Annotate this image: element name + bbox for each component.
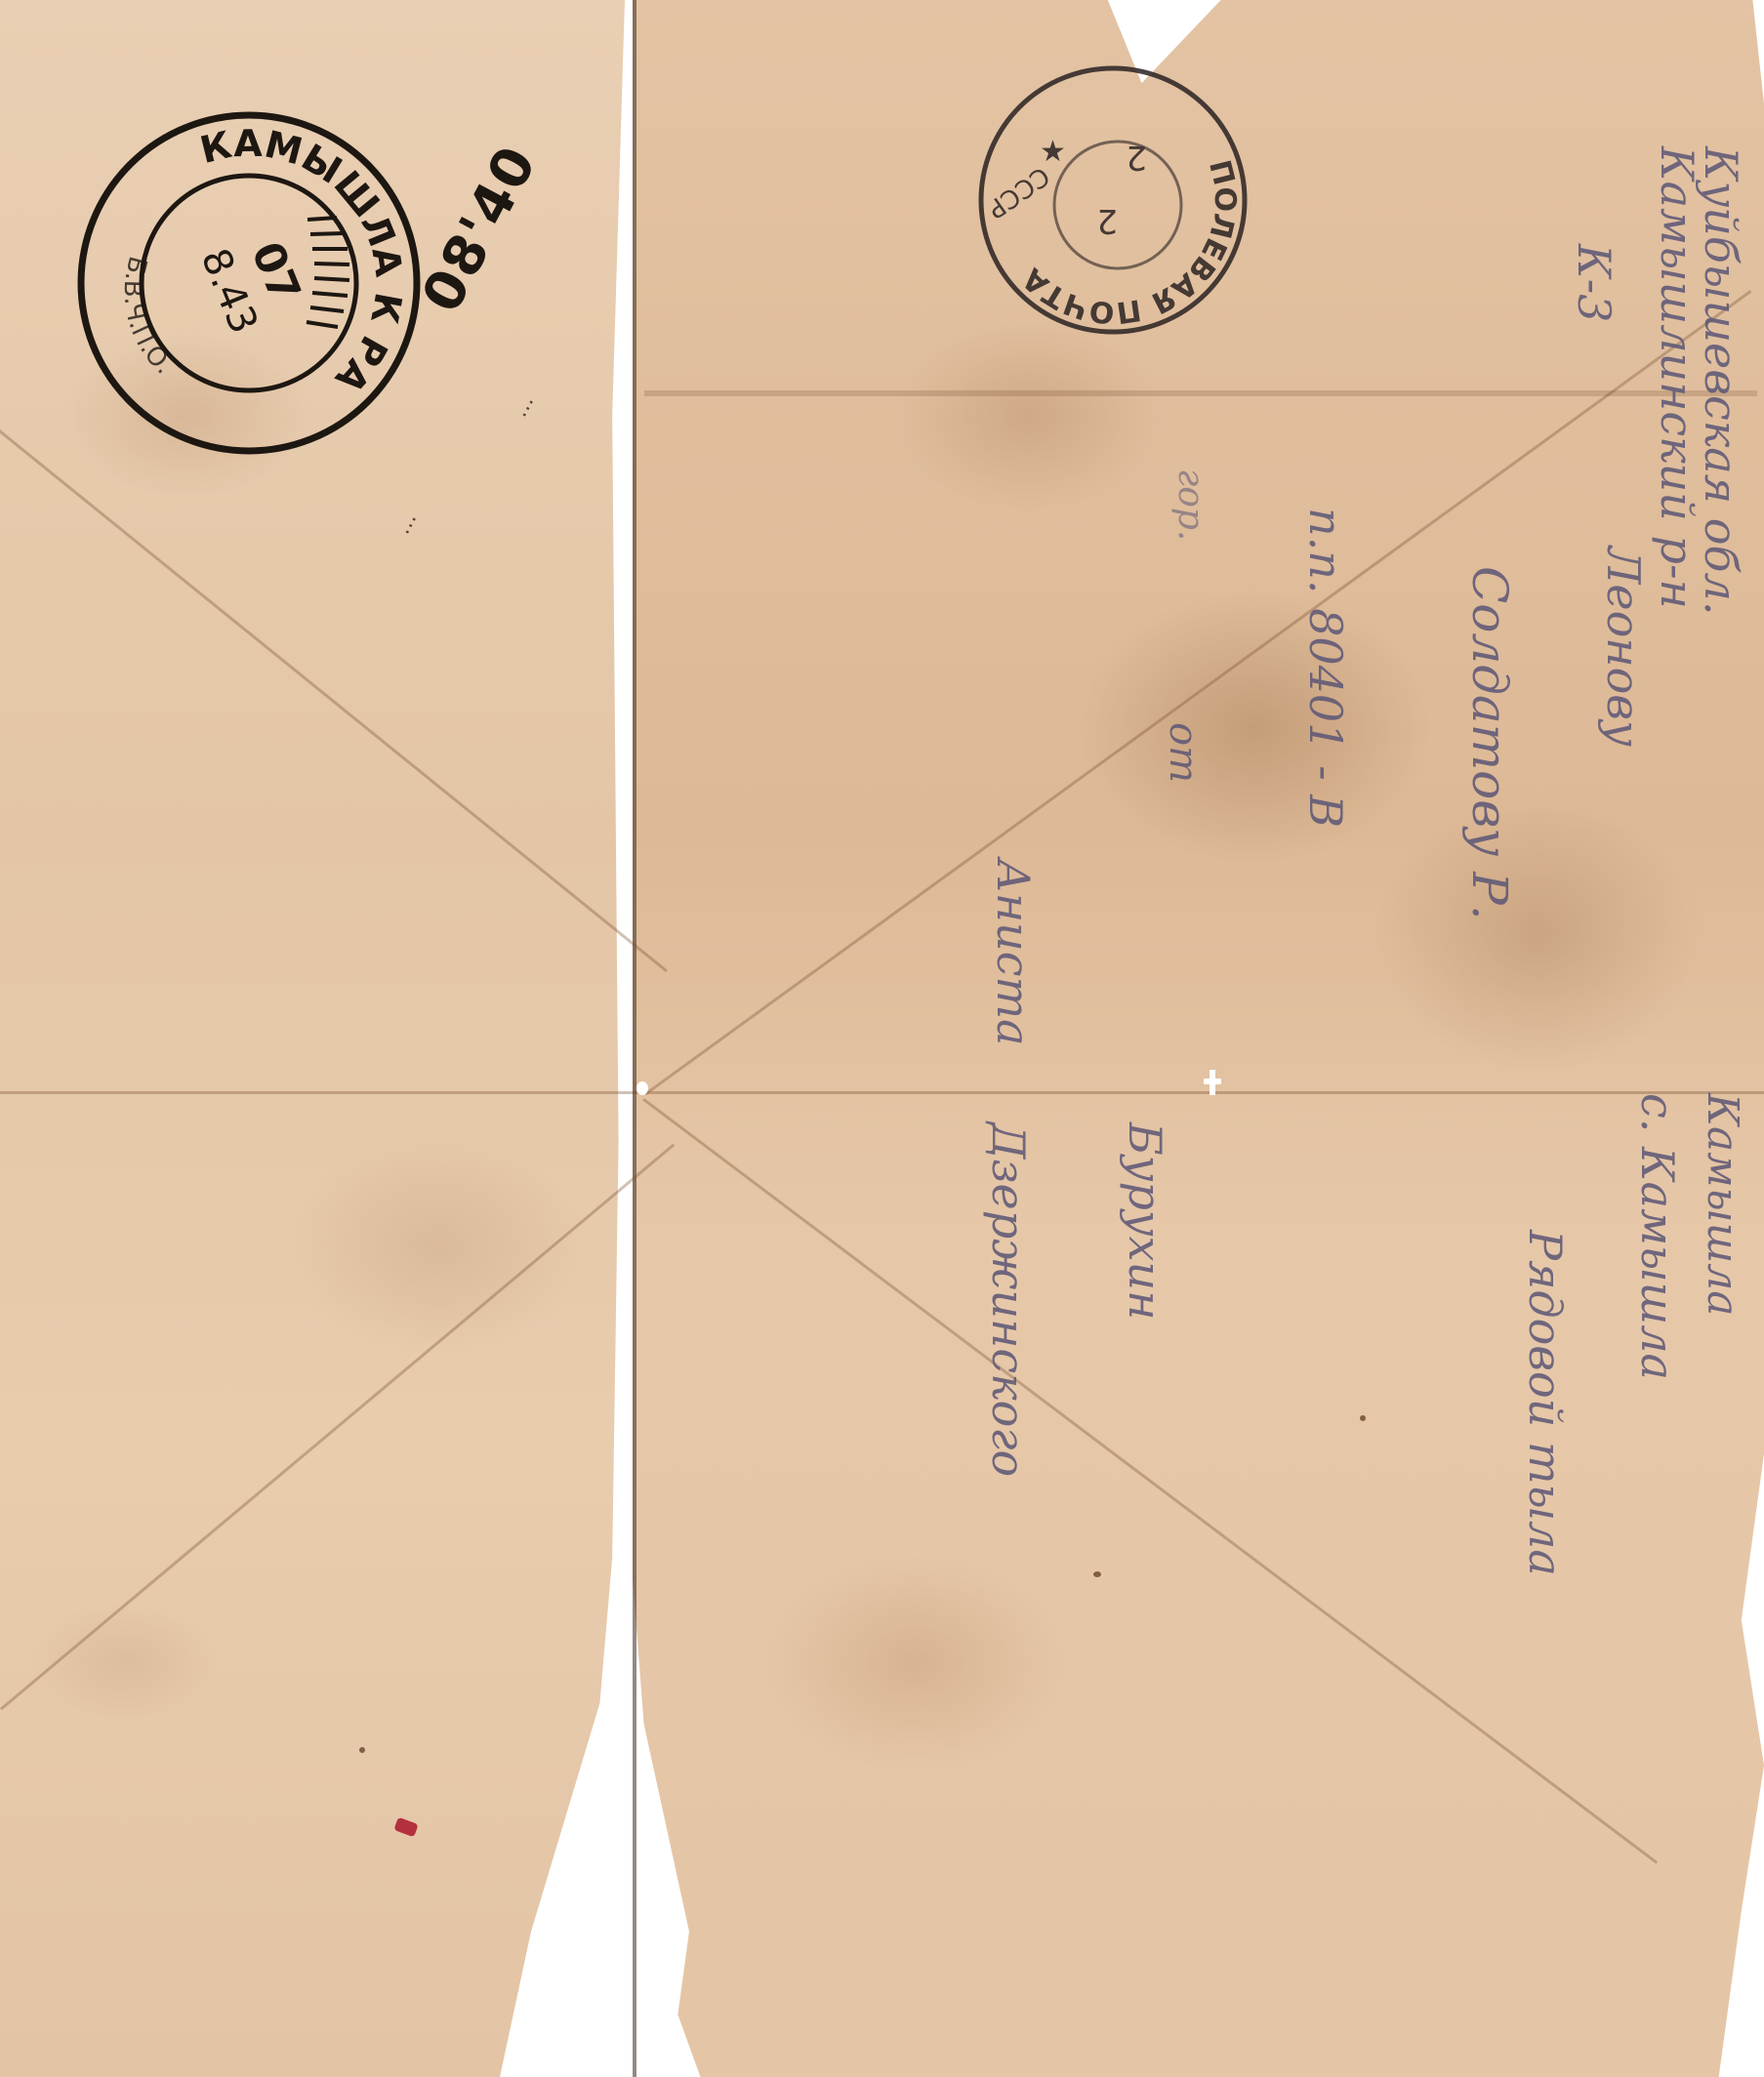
handwriting-line: гор.	[1170, 468, 1210, 541]
paper-hole	[636, 1081, 648, 1095]
ink-spot	[1093, 1571, 1101, 1577]
center-fold-line	[633, 0, 636, 2077]
handwriting-line: Бурухин	[1119, 1122, 1171, 1321]
ink-spot	[359, 1747, 365, 1753]
handwriting-line: с. Камышла	[1631, 1093, 1684, 1380]
handwriting-line: Рядовой тыла	[1519, 1230, 1572, 1576]
paper-hole	[1210, 1070, 1215, 1095]
svg-text:2: 2	[1096, 201, 1118, 240]
svg-text:СССР: СССР	[982, 160, 1055, 224]
svg-text:2: 2	[1126, 138, 1147, 177]
handwriting-line: Леонову	[1597, 547, 1650, 747]
handwriting-line: Дзержинского	[982, 1122, 1035, 1477]
field-post-postmark: ПОЛЕВАЯ ПОЧТА СССР ★ 2 2	[971, 59, 1254, 342]
handwriting-line: п.п. 80401 - В	[1299, 508, 1352, 828]
handwriting-line: Солдатову Р.	[1461, 566, 1518, 920]
handwriting-line: Камышла	[1698, 1093, 1747, 1317]
handwriting-line: от	[1161, 722, 1206, 783]
handwriting-line: Камышлинский р-н	[1651, 146, 1703, 609]
upper-fold-stain	[644, 390, 1757, 396]
scanned-letter: КАМЫШЛА К РА Б.В.Ч.П.О. 07 8.43 ПОЛЕВАЯ …	[0, 0, 1764, 2077]
handwriting-line: Аниста	[987, 859, 1040, 1046]
svg-text:★: ★	[1040, 135, 1066, 169]
horizontal-fold-line	[0, 1091, 1764, 1094]
kamyshla-postmark: КАМЫШЛА К РА Б.В.Ч.П.О. 07 8.43	[68, 102, 430, 464]
ink-spot	[1360, 1415, 1366, 1421]
handwriting-line: К-3	[1568, 244, 1620, 322]
